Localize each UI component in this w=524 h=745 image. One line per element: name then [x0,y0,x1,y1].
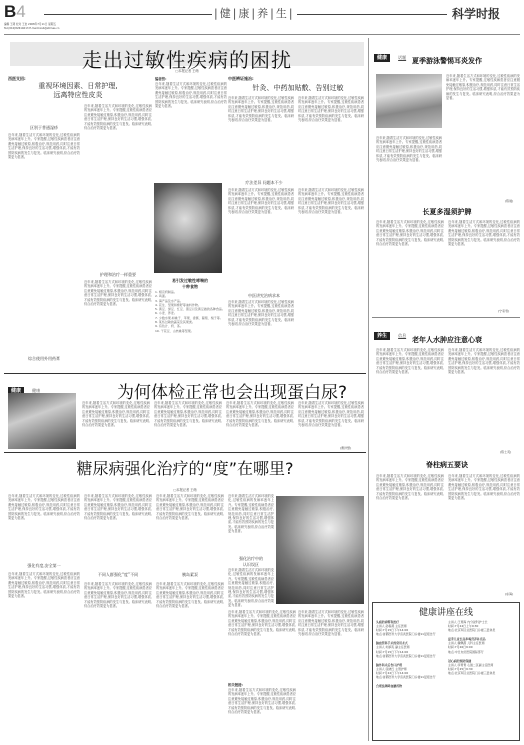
right-story2-body-col2: 近年来,随着生活方式和环境的变化,过敏性疾病的发病率逐年上升。专家提醒,过敏性疾… [448,220,520,308]
article3-related-col2: 近年来,随着生活方式和环境的变化,过敏性疾病的发病率逐年上升。专家提醒,过敏性疾… [298,610,364,742]
chinese-body-col1c: 近年来,随着生活方式和环境的变化,过敏性疾病的发病率逐年上升。专家提醒,过敏性疾… [228,300,294,340]
article3-body-col4b: 近年来,随着生活方式和环境的变化,过敏性疾病的发病率逐年上升。专家提醒,过敏性疾… [228,568,274,608]
lecture-item: 合理选择降血糖药物 [376,684,448,688]
right-divider-1 [372,317,520,318]
lecture-item-place: 地点:首都医科大学宣武医院门诊楼11层报告厅 [376,654,448,658]
article3-sub4: 强化治疗中的 认识误区 [228,556,274,568]
article3-related-col1: 近年来,随着生活方式和环境的变化,过敏性疾病的发病率逐年上升。专家提醒,过敏性疾… [228,688,296,742]
paper-name: 科学时报 [452,5,500,22]
article3-body-col2: 近年来,随着生活方式和环境的变化,过敏性疾病的发病率逐年上升。专家提醒,过敏性疾… [84,494,152,524]
western-sub3: 综合使用外用药膏 [8,356,80,362]
sidebar-body: 近年来,随着生活方式和环境的变化,过敏性疾病的发病率逐年上升。专家提醒,过敏性疾… [155,82,227,177]
column-divider [368,38,369,741]
article3-headline: 糖尿病强化治疗的“度”在哪里? [60,456,310,479]
page-digit: 4 [16,2,25,21]
lecture-item-title: 合理选择降血糖药物 [376,684,448,688]
lecture-item-place: 地点:首都医科大学宣武医院门诊楼11层报告厅 [376,632,448,636]
western-subhead-line-2: 远离特应性皮炎 [8,91,148,100]
article3-sub5: 相关链接: [228,682,243,687]
article2-body-col2: 近年来,随着生活方式和环境的变化,过敏性疾病的发病率逐年上升。专家提醒,过敏性疾… [154,401,222,449]
article3-sub2: 不同人群强化“度”不同 [84,572,152,578]
lead-byline: □本报记者 王萌 [10,68,364,73]
article2-headline: 为何体检正常也会出现蛋白尿? [100,378,364,403]
lecture-item: 脑血管科手术的常用术式 主讲人:刘承宪 副主任医师 时间:7月15日下午14:0… [376,641,448,657]
chinese-sub1: 疗法差异 问题本不少 [228,180,300,186]
chinese-subhead: 针灸、中药加贴敷、告别过敏 [228,84,368,93]
lecture-item: 冠心病的预防保健 主讲人:李青青 心脏二区副主任医师 时间:7月25日9:30 … [448,659,518,675]
right-story2-credit: (宁家雯) [498,309,509,313]
lecture-item-place: 地点:中日友好医院国际部厅 [448,650,518,654]
right-story4-headline: 脊柱病五要诀 [374,460,520,470]
right-story3-credit: (陈士英) [500,450,511,454]
right-story1-body-col2: 近年来,随着生活方式和环境的变化,过敏性疾病的发病率逐年上升。专家提醒,过敏性疾… [446,74,520,199]
right-story4-body-col2: 近年来,随着生活方式和环境的变化,过敏性疾病的发病率逐年上升。专家提醒,过敏性疾… [448,474,520,589]
right-story1-headline: 夏季游泳警惕耳炎发作 [374,56,520,66]
western-subhead: 重视环境因素、日常护理, 远离特应性皮炎 [8,82,148,100]
right-story2-headline: 长夏多湿须护脾 [374,207,520,217]
right-story4-body-col1: 近年来,随着生活方式和环境的变化,过敏性疾病的发病率逐年上升。专家提醒,过敏性疾… [376,474,444,594]
article2-body-col3: 近年来,随着生活方式和环境的变化,过敏性疾病的发病率逐年上升。专家提醒,过敏性疾… [226,401,294,449]
article3-body-col3b: 近年来,随着生活方式和环境的变化,过敏性疾病的发病率逐年上升。专家提醒,过敏性疾… [156,582,224,742]
chinese-body-col2b: 近年来,随着生活方式和环境的变化,过敏性疾病的发病率逐年上升。专家提醒,过敏性疾… [298,188,364,340]
lecture-item-place: 地点:北京军区总医院门诊楼三层休息 [448,671,518,675]
lecture-item: 脑外科术后伤口护理 主讲人:张晓红 主管护师 时间:7月22日下午14:00 地… [376,663,448,679]
masthead-divider [4,34,520,35]
article3-sub1: 强化有度,安全第一 [8,563,80,569]
masthead-rule-right [297,14,447,15]
chinese-kicker: 中医辨证施治: [228,76,254,82]
western-body-col2: 近年来,随着生活方式和环境的变化,过敏性疾病的发病率逐年上升。专家提醒,过敏性疾… [84,104,152,249]
article3-sub3: 胰岛素泵 [156,572,224,578]
western-body-col2b: 近年来,随着生活方式和环境的变化,过敏性疾病的发病率逐年上升。专家提醒,过敏性疾… [84,280,152,328]
masthead-meta: 编辑 王萌 校对 王岩 2008年7月11日 星期五 Tel:(010)8261… [4,23,124,30]
sidebar-kicker: 编者按: [155,76,167,81]
lecture-title: 健康讲座在线 [372,605,520,618]
section-tag: |健|康|养|生| [214,5,295,21]
article3-body-col4: 近年来,随着生活方式和环境的变化,过敏性疾病的发病率逐年上升。专家提醒,过敏性疾… [228,494,274,552]
western-body-col1: 近年来,随着生活方式和环境的变化,过敏性疾病的发病率逐年上升。专家提醒,过敏性疾… [8,133,80,328]
section-divider-2 [4,452,366,453]
food-item: 10. 干花豆、山核桃等坚果。 [155,329,227,333]
right-story3-headline: 老年人水肿应注意心衰 [374,335,520,345]
masthead-rule-left [44,14,212,15]
western-sub2: 护理和治疗一样重要 [84,272,152,278]
meta-line-2: Tel:(010)82614613 E-mail:kxsb@stimes.cn [4,27,124,31]
right-story3-body-col1: 近年来,随着生活方式和环境的变化,过敏性疾病的发病率逐年上升。专家提醒,过敏性疾… [376,348,444,450]
sidebar-box-title: 易引发过敏性哮喘的 十种食物 [154,278,226,290]
lecture-col2: 主讲人:王青海 内分泌科护士长 时间:7月24日上午9:30 地点:北京军区总医… [448,620,518,675]
lecture-item: 夏季儿童长高多喝营养补充品 主讲人:魏佩霞 儿科主任医师 时间:7月26日9:0… [448,637,518,653]
article3-body-col2b: 近年来,随着生活方式和环境的变化,过敏性疾病的发病率逐年上升。专家提醒,过敏性疾… [84,582,152,742]
lecture-item-place: 地点:首都医科大学宣武医院门诊楼11层报告厅 [376,675,448,679]
article2-credit: (曹洋整) [340,446,351,450]
page-number: B4 [4,2,26,22]
western-sub1: 区别于普通湿疹 [8,125,80,131]
article3-body-col3: 近年来,随着生活方式和环境的变化,过敏性疾病的发病率逐年上升。专家提醒,过敏性疾… [156,494,224,552]
right-story4-credit: (东海) [505,592,513,596]
section-divider-1 [4,373,366,374]
lecture-item: 主讲人:王青海 内分泌科护士长 时间:7月24日上午9:30 地点:北京军区总医… [448,620,518,632]
right-story3-body-col2: 近年来,随着生活方式和环境的变化,过敏性疾病的发病率逐年上升。专家提醒,过敏性疾… [448,348,520,450]
page-letter: B [4,2,16,21]
article2-body-col4: 近年来,随着生活方式和环境的变化,过敏性疾病的发病率逐年上升。专家提醒,过敏性疾… [298,401,364,445]
lecture-item-place: 地点:北京军区总医院门诊楼三层休息 [448,628,518,632]
lecture-item: 头痛的诊断和治疗 主讲人:孙春燕 主任医师 时间:7月15日下午14:00 地点… [376,620,448,636]
photo-swimming [376,74,442,128]
chinese-body-col2: 近年来,随着生活方式和环境的变化,过敏性疾病的发病率逐年上升。专家提醒,过敏性疾… [298,96,364,178]
article3-body-col1: 近年来,随着生活方式和环境的变化,过敏性疾病的发病率逐年上升。专家提醒,过敏性疾… [8,494,80,552]
right-story1-body-col1: 近年来,随着生活方式和环境的变化,过敏性疾病的发病率逐年上升。专家提醒,过敏性疾… [376,136,442,199]
sidebar-food-list: 1. 相克奶制品。 2. 鸡蛋。 3. 海产品及水产品。 4. 花生、坚果和榛籽… [155,290,227,333]
article2-body-col1: 近年来,随着生活方式和环境的变化,过敏性疾病的发病率逐年上升。专家提醒,过敏性疾… [82,401,150,449]
lecture-col1: 头痛的诊断和治疗 主讲人:孙春燕 主任医师 时间:7月15日下午14:00 地点… [376,620,448,688]
right-story2-body-col1: 近年来,随着生活方式和环境的变化,过敏性疾病的发病率逐年上升。专家提醒,过敏性疾… [376,220,444,312]
chinese-body-col1b: 近年来,随着生活方式和环境的变化,过敏性疾病的发病率逐年上升。专家提醒,过敏性疾… [228,188,294,288]
right-story1-credit: (陈晨) [505,199,513,203]
article3-byline: □本报记者 王萌 [60,487,310,492]
article3-body-col4c: 近年来,随着生活方式和环境的变化,过敏性疾病的发病率逐年上升。专家提醒,过敏性疾… [228,610,296,678]
chinese-body-col1: 近年来,随着生活方式和环境的变化,过敏性疾病的发病率逐年上升。专家提醒,过敏性疾… [228,96,294,178]
article3-body-col1b: 近年来,随着生活方式和环境的变化,过敏性疾病的发病率逐年上升。专家提醒,过敏性疾… [8,572,80,742]
photo-medical-test [8,393,76,449]
photo-diabetes-nurse [276,496,364,604]
photo-child-allergy [154,183,222,273]
western-subhead-line-1: 重视环境因素、日常护理, [8,82,148,91]
chinese-sub2: 中医讲究治病求本 [228,293,300,299]
